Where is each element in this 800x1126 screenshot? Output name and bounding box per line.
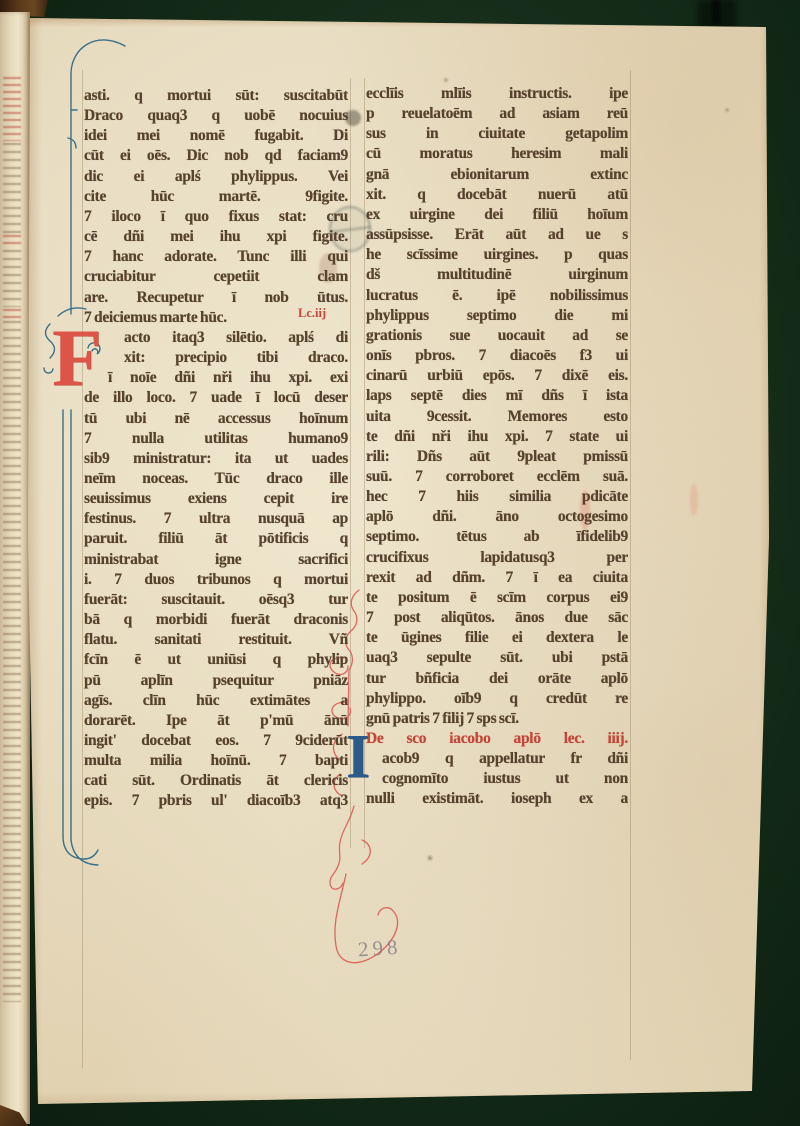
text-line: tur bñficia dei orāte aplō <box>366 669 628 689</box>
text-line: crucifixus lapidatusq3 per <box>366 548 628 568</box>
text-line: fuerāt: suscitauit. oēsq3 tur <box>84 590 348 610</box>
text-line: 7 deiciemus marte hūc. <box>84 308 348 328</box>
text-line: epis. 7 pbris ul' diacoīb3 atq3 <box>84 791 348 811</box>
text-line: grationis sue uocauit ad se <box>366 326 628 346</box>
bookmark-gap-shadow <box>712 0 720 24</box>
text-line: idei mei nomē fugabit. Di <box>84 126 348 146</box>
text-line: he scīssime uirgines. p quas <box>366 245 628 265</box>
rubric-heading: De sco iacobo aplō lec. iiij. <box>366 729 628 749</box>
text-line: septimo. tētus ab īfidelib9 <box>366 527 628 547</box>
text-line: de illo loco. 7 uade ī locū deser <box>84 388 348 408</box>
text-line: bā q morbidi fuerāt draconis <box>84 610 348 630</box>
text-line: lucratus ē. ipē nobilissimus <box>366 286 628 306</box>
text-line: uaq3 sepulte sūt. ubi pstā <box>366 648 628 668</box>
text-line: Draco quaq3 q uobē nocuius <box>84 106 348 126</box>
text-line: cē dñi mei ihu xpi figite. <box>84 227 348 247</box>
text-line: onīs pbros. 7 diacoēs f3 ui <box>366 346 628 366</box>
speck <box>428 856 432 860</box>
text-line: aplō dñi. āno octogesimo <box>366 507 628 527</box>
ghost-text-band <box>3 248 21 307</box>
speck <box>725 108 728 111</box>
text-line: gnū patris 7 filij 7 sps scī. <box>366 709 628 729</box>
text-line: sus in ciuitate getapolim <box>366 124 628 144</box>
text-line: multa milia hoīnū. 7 bapti <box>84 751 348 771</box>
text-line: flatu. sanitati restituit. Vñ <box>84 630 348 650</box>
text-line: i. 7 duos tribunos q mortui <box>84 570 348 590</box>
pink-offset-mark <box>690 484 698 516</box>
text-line: acto itaq3 silētio. aplś di <box>84 328 348 348</box>
ghost-text-band <box>3 319 21 1002</box>
text-line: rili: Dñs aūt 9pleat pmissū <box>366 447 628 467</box>
ghost-text-band <box>3 141 21 233</box>
text-line: seuissimus exiens cepit ire <box>84 489 348 509</box>
text-line: cinarū urbiū epōs. 7 dixē eis. <box>366 366 628 386</box>
text-line: cognomīto iustus ut non <box>366 769 628 789</box>
text-line: asti. q mortui sūt: suscitabūt <box>84 86 348 106</box>
text-line: sib9 ministratur: ita ut uades <box>84 449 348 469</box>
text-line: paruit. filiū āt pōtificis q <box>84 529 348 549</box>
text-line: te dñi nři ihu xpi. 7 state ui <box>366 427 628 447</box>
text-line: gnā ebionitarum extinc <box>366 165 628 185</box>
ruling-line <box>82 70 83 1068</box>
text-line: 7 nulla utilitas humano9 <box>84 429 348 449</box>
text-line: dorarēt. Ipe āt p'mū ānū <box>84 711 348 731</box>
parchment-page: F I Lc.iij asti. q mortui sūt: suscitabū… <box>28 18 769 1104</box>
blue-bottom-curl <box>63 836 98 865</box>
text-line: 7 hanc adorate. Tunc illi qui <box>84 247 348 267</box>
text-line: agīs. clīn hūc extimātes a <box>84 691 348 711</box>
text-line: ex uirgine dei filiū hoīum <box>366 205 628 225</box>
text-line: xit: precipio tibi draco. <box>84 348 348 368</box>
text-line: neīm noceas. Tūc draco ille <box>84 469 348 489</box>
text-line: fcīn ē ut uniūsi q phylip <box>84 650 348 670</box>
text-line: te positum ē scīm corpus ei9 <box>366 588 628 608</box>
text-line: festinus. 7 ultra nusquā ap <box>84 509 348 529</box>
text-line: cūt ei oēs. Dic nob qd faciam9 <box>84 146 348 166</box>
text-line: dic ei aplś phylippus. Vei <box>84 167 348 187</box>
text-line: rexit ad dñm. 7 ī ea ciuita <box>366 568 628 588</box>
text-line: cati sūt. Ordinatis āt clericis <box>84 771 348 791</box>
text-line: p reuelatoēm ad asiam reū <box>366 104 628 124</box>
text-line: xit. q docebāt nuerū atū <box>366 185 628 205</box>
text-line: ecclīis mlīis instructis. ipe <box>366 84 628 104</box>
text-line: hec 7 hiis similia pdicāte <box>366 487 628 507</box>
text-line: uita 9cessit. Memores esto <box>366 407 628 427</box>
left-text-column: asti. q mortui sūt: suscitabūtDraco quaq… <box>84 86 348 812</box>
text-line: tū ubi nē accessus hoīnum <box>84 409 348 429</box>
text-line: dš multitudinē uirginum <box>366 265 628 285</box>
ruling-line <box>630 70 631 1060</box>
text-line: 7 iloco ī quo fixus stat: cru <box>84 207 348 227</box>
book-fore-edge <box>0 12 30 1124</box>
text-line: ministrabat igne sacrifici <box>84 550 348 570</box>
text-line: nulli existimāt. ioseph ex a <box>366 789 628 809</box>
ghost-text-band <box>3 307 21 319</box>
right-text-column: ecclīis mlīis instructis. ipep reuelatoē… <box>366 84 628 810</box>
blue-double-rail <box>63 410 71 840</box>
text-line: cite hūc martē. 9figite. <box>84 187 348 207</box>
folio-number: 298 <box>357 935 402 963</box>
text-line: pū aplīn psequitur pniāz <box>84 671 348 691</box>
text-line: phylippus septimo die mi <box>366 306 628 326</box>
speck <box>444 78 447 81</box>
text-line: laps septē dies mī dñs ī ista <box>366 386 628 406</box>
digitized-manuscript-photo: { "page": { "kind": "medieval manuscript… <box>0 0 800 1126</box>
text-line: assūpsisse. Erāt aūt ad ue s <box>366 225 628 245</box>
text-line: ingit' docebat eos. 7 9ciderūt <box>84 731 348 751</box>
blue-ticks <box>68 110 77 148</box>
text-line: te ūgines filie ei dextera le <box>366 628 628 648</box>
ghost-text-band <box>3 233 21 248</box>
ghost-text-band <box>3 75 21 141</box>
text-line: ī noīe dñi nři ihu xpi. exi <box>84 368 348 388</box>
text-line: suū. 7 corroboret ecclēm suā. <box>366 467 628 487</box>
text-line: are. Recupetur ī nob ūtus. <box>84 288 348 308</box>
text-line: 7 post aliqūtos. ānos due sāc <box>366 608 628 628</box>
text-line: cruciabitur cepetiit clam <box>84 267 348 287</box>
text-line: acob9 q appellatur fr dñi <box>366 749 628 769</box>
text-line: phylippo. oīb9 q credūt re <box>366 689 628 709</box>
text-line: cū moratus heresim mali <box>366 144 628 164</box>
